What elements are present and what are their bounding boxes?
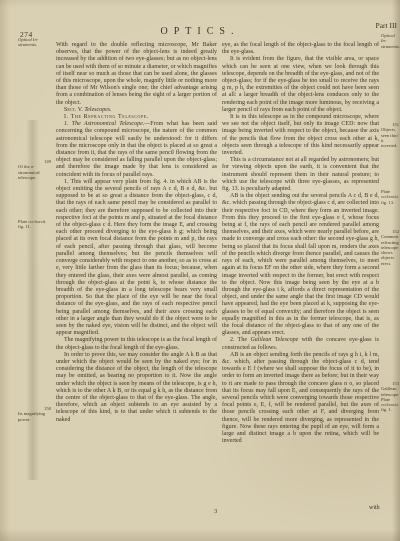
paragraph: The magnifying power in this telescope i… [56, 337, 217, 351]
margin-note-text: Optical In­struments. [18, 37, 38, 47]
catchword: with [369, 505, 380, 511]
margin-note-text: Galilean telescope. Plate ccclxxvii. fig… [381, 386, 400, 412]
paragraph: This is a circumstance not at all regard… [222, 157, 379, 193]
margin-note-text: Plate ccclxxvii. fig. 13. [381, 189, 400, 205]
margin-note-text: Plate ccclxxvii. fig. 11. [18, 219, 52, 230]
paragraph: 1. This will appear very plain from fig.… [56, 179, 217, 337]
signature-mark: 3 [214, 508, 217, 515]
paragraph: It is in this telescope as in the compou… [222, 114, 379, 157]
margin-note-text: Common refracting telescope shows object… [381, 234, 400, 266]
paragraph: It is evident from the figure, that the … [222, 56, 379, 114]
paragraph: 1. The Astronomical Telescope.—From what… [56, 121, 217, 179]
margin-note-text: Objects seen thro' it inverted. [381, 127, 400, 148]
paragraph: In order to prove this, we may consider … [56, 352, 217, 424]
margin-note-text: Its magni­fying power. [18, 411, 52, 422]
section-heading-sect: Sect. V. [64, 107, 83, 113]
section-heading-title: Telescopes. [84, 107, 111, 113]
margin-note-150: 150 Its magni­fying power. [18, 406, 52, 422]
margin-note-plate-left: Plate ccclxxvii. fig. 11. [18, 219, 52, 230]
margin-note-text: Optical In­struments. [381, 33, 400, 49]
margin-note-optical-instruments-left: Optical In­struments. [18, 37, 52, 48]
margin-note-151: 151 Objects seen thro' it inverted. [381, 122, 400, 148]
paragraph-text: —From what has been said concerning the … [56, 121, 217, 177]
margin-note-152: 152 Common refracting telescope shows ob… [381, 229, 400, 266]
subsection-heading: I. The Refracting Telescope. [56, 114, 217, 121]
paragraph: With regard to the double reflecting mic… [56, 42, 217, 107]
paragraph-lead-italic: 1. The Astronomical Telescope. [64, 121, 144, 127]
paragraph: AB is the object sending out the several… [222, 193, 379, 337]
margin-note-text: Of the a­stronomical telescope. [18, 164, 52, 180]
margin-note-149: 149 Of the a­stronomical telescope. [18, 159, 52, 180]
margin-note-plate-right: Plate ccclxxvii. fig. 13. [381, 189, 400, 205]
left-text-column: With regard to the double reflecting mic… [56, 42, 217, 424]
paragraph-text: 2. The [230, 337, 250, 343]
running-head-title: OPTICS. [0, 26, 400, 37]
paragraph-italic: Galilean Telescope [250, 337, 298, 343]
margin-note-153: 153 Galilean telescope. Plate ccclxxvii.… [381, 381, 400, 413]
margin-note-optical-instruments-right: Optical In­struments. [381, 33, 400, 49]
paragraph: 2. The Galilean Telescope with the conca… [222, 337, 379, 351]
right-text-column: eye, as the focal length of the object-g… [222, 42, 379, 445]
paragraph: eye, as the focal length of the object-g… [222, 42, 379, 56]
section-heading: Sect. V. Telescopes. [56, 107, 217, 114]
part-label: Part III [376, 21, 397, 30]
paragraph: AB is an object sending forth the pencil… [222, 352, 379, 446]
